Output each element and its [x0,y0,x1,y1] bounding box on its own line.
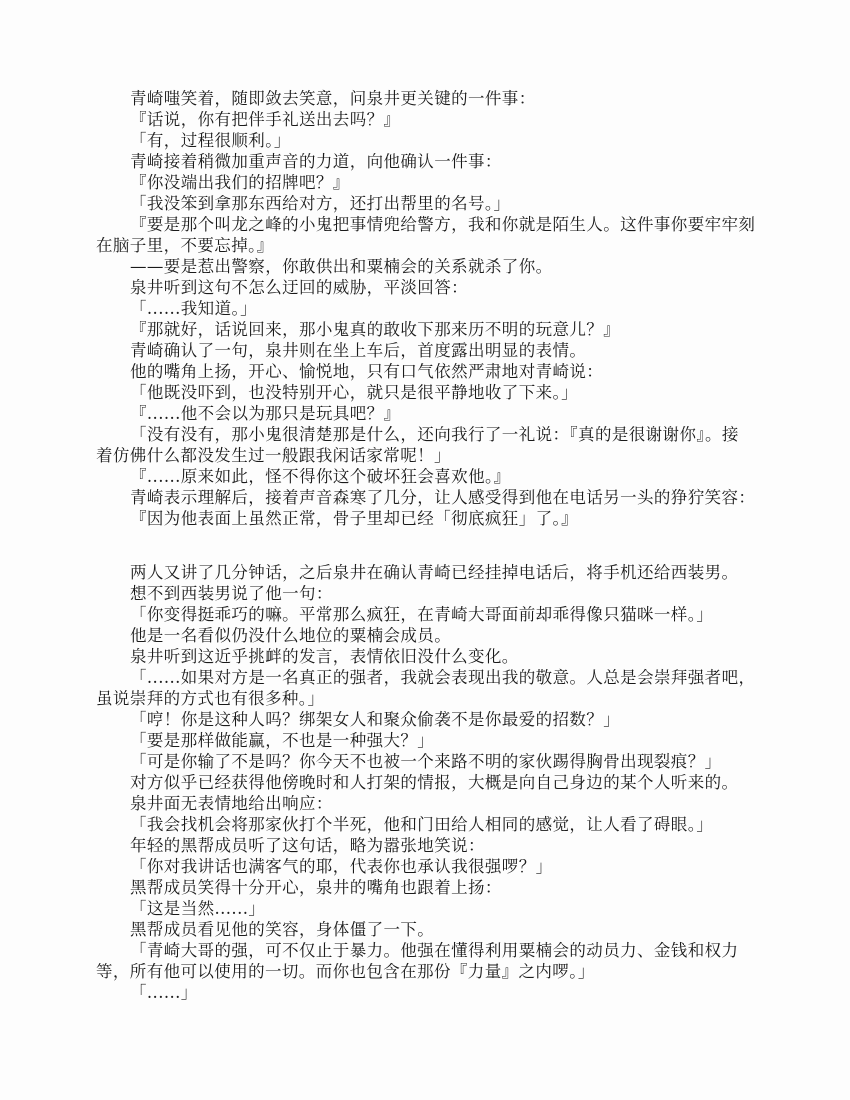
text-line: 「可是你输了不是吗？你今天不也被一个来路不明的家伙踢得胸骨出现裂痕？」 [96,751,764,772]
text-line: 「他既没吓到，也没特别开心，就只是很平静地收了下来。」 [96,382,764,403]
text-line: 「你对我讲话也满客气的耶，代表你也承认我很强啰？」 [96,856,764,877]
text-line: 『你没端出我们的招牌吧？』 [96,172,764,193]
text-line: 「这是当然......」 [96,898,764,919]
document-page: 青崎嗤笑着，随即敛去笑意，问泉井更关键的一件事：『话说，你有把伴手礼送出去吗？』… [0,0,850,1100]
text-line: 年轻的黑帮成员听了这句话，略为嚣张地笑说： [96,835,764,856]
text-line: 「哼！你是这种人吗？绑架女人和聚众偷袭不是你最爱的招数？」 [96,709,764,730]
text-line: 泉井听到这近乎挑衅的发言，表情依旧没什么变化。 [96,646,764,667]
text-line: 「......」 [96,982,764,1003]
text-line: 等，所有他可以使用的一切。而你也包含在那份『力量』之内啰。」 [96,961,764,982]
text-line: 「要是那样做能赢，不也是一种强大？」 [96,730,764,751]
text-line: 泉井面无表情地给出响应： [96,793,764,814]
text-line: 『......他不会以为那只是玩具吧？』 [96,403,764,424]
text-line: 『......原来如此，怪不得你这个破坏狂会喜欢他。』 [96,466,764,487]
text-line: ——要是惹出警察，你敢供出和粟楠会的关系就杀了你。 [96,256,764,277]
text-line: 想不到西装男说了他一句： [96,583,764,604]
paragraph-block-1: 青崎嗤笑着，随即敛去笑意，问泉井更关键的一件事：『话说，你有把伴手礼送出去吗？』… [96,88,764,529]
text-line: 泉井听到这句不怎么迂回的威胁，平淡回答： [96,277,764,298]
text-line: 「我会找机会将那家伙打个半死，他和门田给人相同的感觉，让人看了碍眼。」 [96,814,764,835]
text-line: 青崎表示理解后，接着声音森寒了几分，让人感受得到他在电话另一头的狰狞笑容： [96,487,764,508]
text-line: 「青崎大哥的强，可不仅止于暴力。他强在懂得利用粟楠会的动员力、金钱和权力 [96,940,764,961]
text-line: 『要是那个叫龙之峰的小鬼把事情兜给警方，我和你就是陌生人。这件事你要牢牢刻 [96,214,764,235]
text-line: 『话说，你有把伴手礼送出去吗？』 [96,109,764,130]
text-line: 青崎嗤笑着，随即敛去笑意，问泉井更关键的一件事： [96,88,764,109]
text-line: 他的嘴角上扬，开心、愉悦地，只有口气依然严肃地对青崎说： [96,361,764,382]
text-line: 黑帮成员看见他的笑容，身体僵了一下。 [96,919,764,940]
text-line: 他是一名看似仍没什么地位的粟楠会成员。 [96,625,764,646]
text-line: 『那就好，话说回来，那小鬼真的敢收下那来历不明的玩意儿？』 [96,319,764,340]
text-line: 「没有没有，那小鬼很清楚那是什么，还向我行了一礼说：『真的是很谢谢你』。接 [96,424,764,445]
text-line: 虽说崇拜的方式也有很多种。」 [96,688,764,709]
text-line: 黑帮成员笑得十分开心，泉井的嘴角也跟着上扬： [96,877,764,898]
text-line: 『因为他表面上虽然正常，骨子里却已经「彻底疯狂」了。』 [96,508,764,529]
text-line: 两人又讲了几分钟话，之后泉井在确认青崎已经挂掉电话后，将手机还给西装男。 [96,562,764,583]
text-line: 「我没笨到拿那东西给对方，还打出帮里的名号。」 [96,193,764,214]
text-line: 在脑子里，不要忘掉。』 [96,235,764,256]
text-line: 「有，过程很顺利。」 [96,130,764,151]
text-line: 对方似乎已经获得他傍晚时和人打架的情报，大概是向自己身边的某个人听来的。 [96,772,764,793]
text-line: 青崎确认了一句，泉井则在坐上车后，首度露出明显的表情。 [96,340,764,361]
text-line: 着仿佛什么都没发生过一般跟我闲话家常呢！」 [96,445,764,466]
paragraph-block-2: 两人又讲了几分钟话，之后泉井在确认青崎已经挂掉电话后，将手机还给西装男。想不到西… [96,562,764,1003]
text-line: 「......我知道。」 [96,298,764,319]
text-line: 「你变得挺乖巧的嘛。平常那么疯狂，在青崎大哥面前却乖得像只猫咪一样。」 [96,604,764,625]
text-line: 青崎接着稍微加重声音的力道，向他确认一件事： [96,151,764,172]
text-line: 「......如果对方是一名真正的强者，我就会表现出我的敬意。人总是会崇拜强者吧… [96,667,764,688]
